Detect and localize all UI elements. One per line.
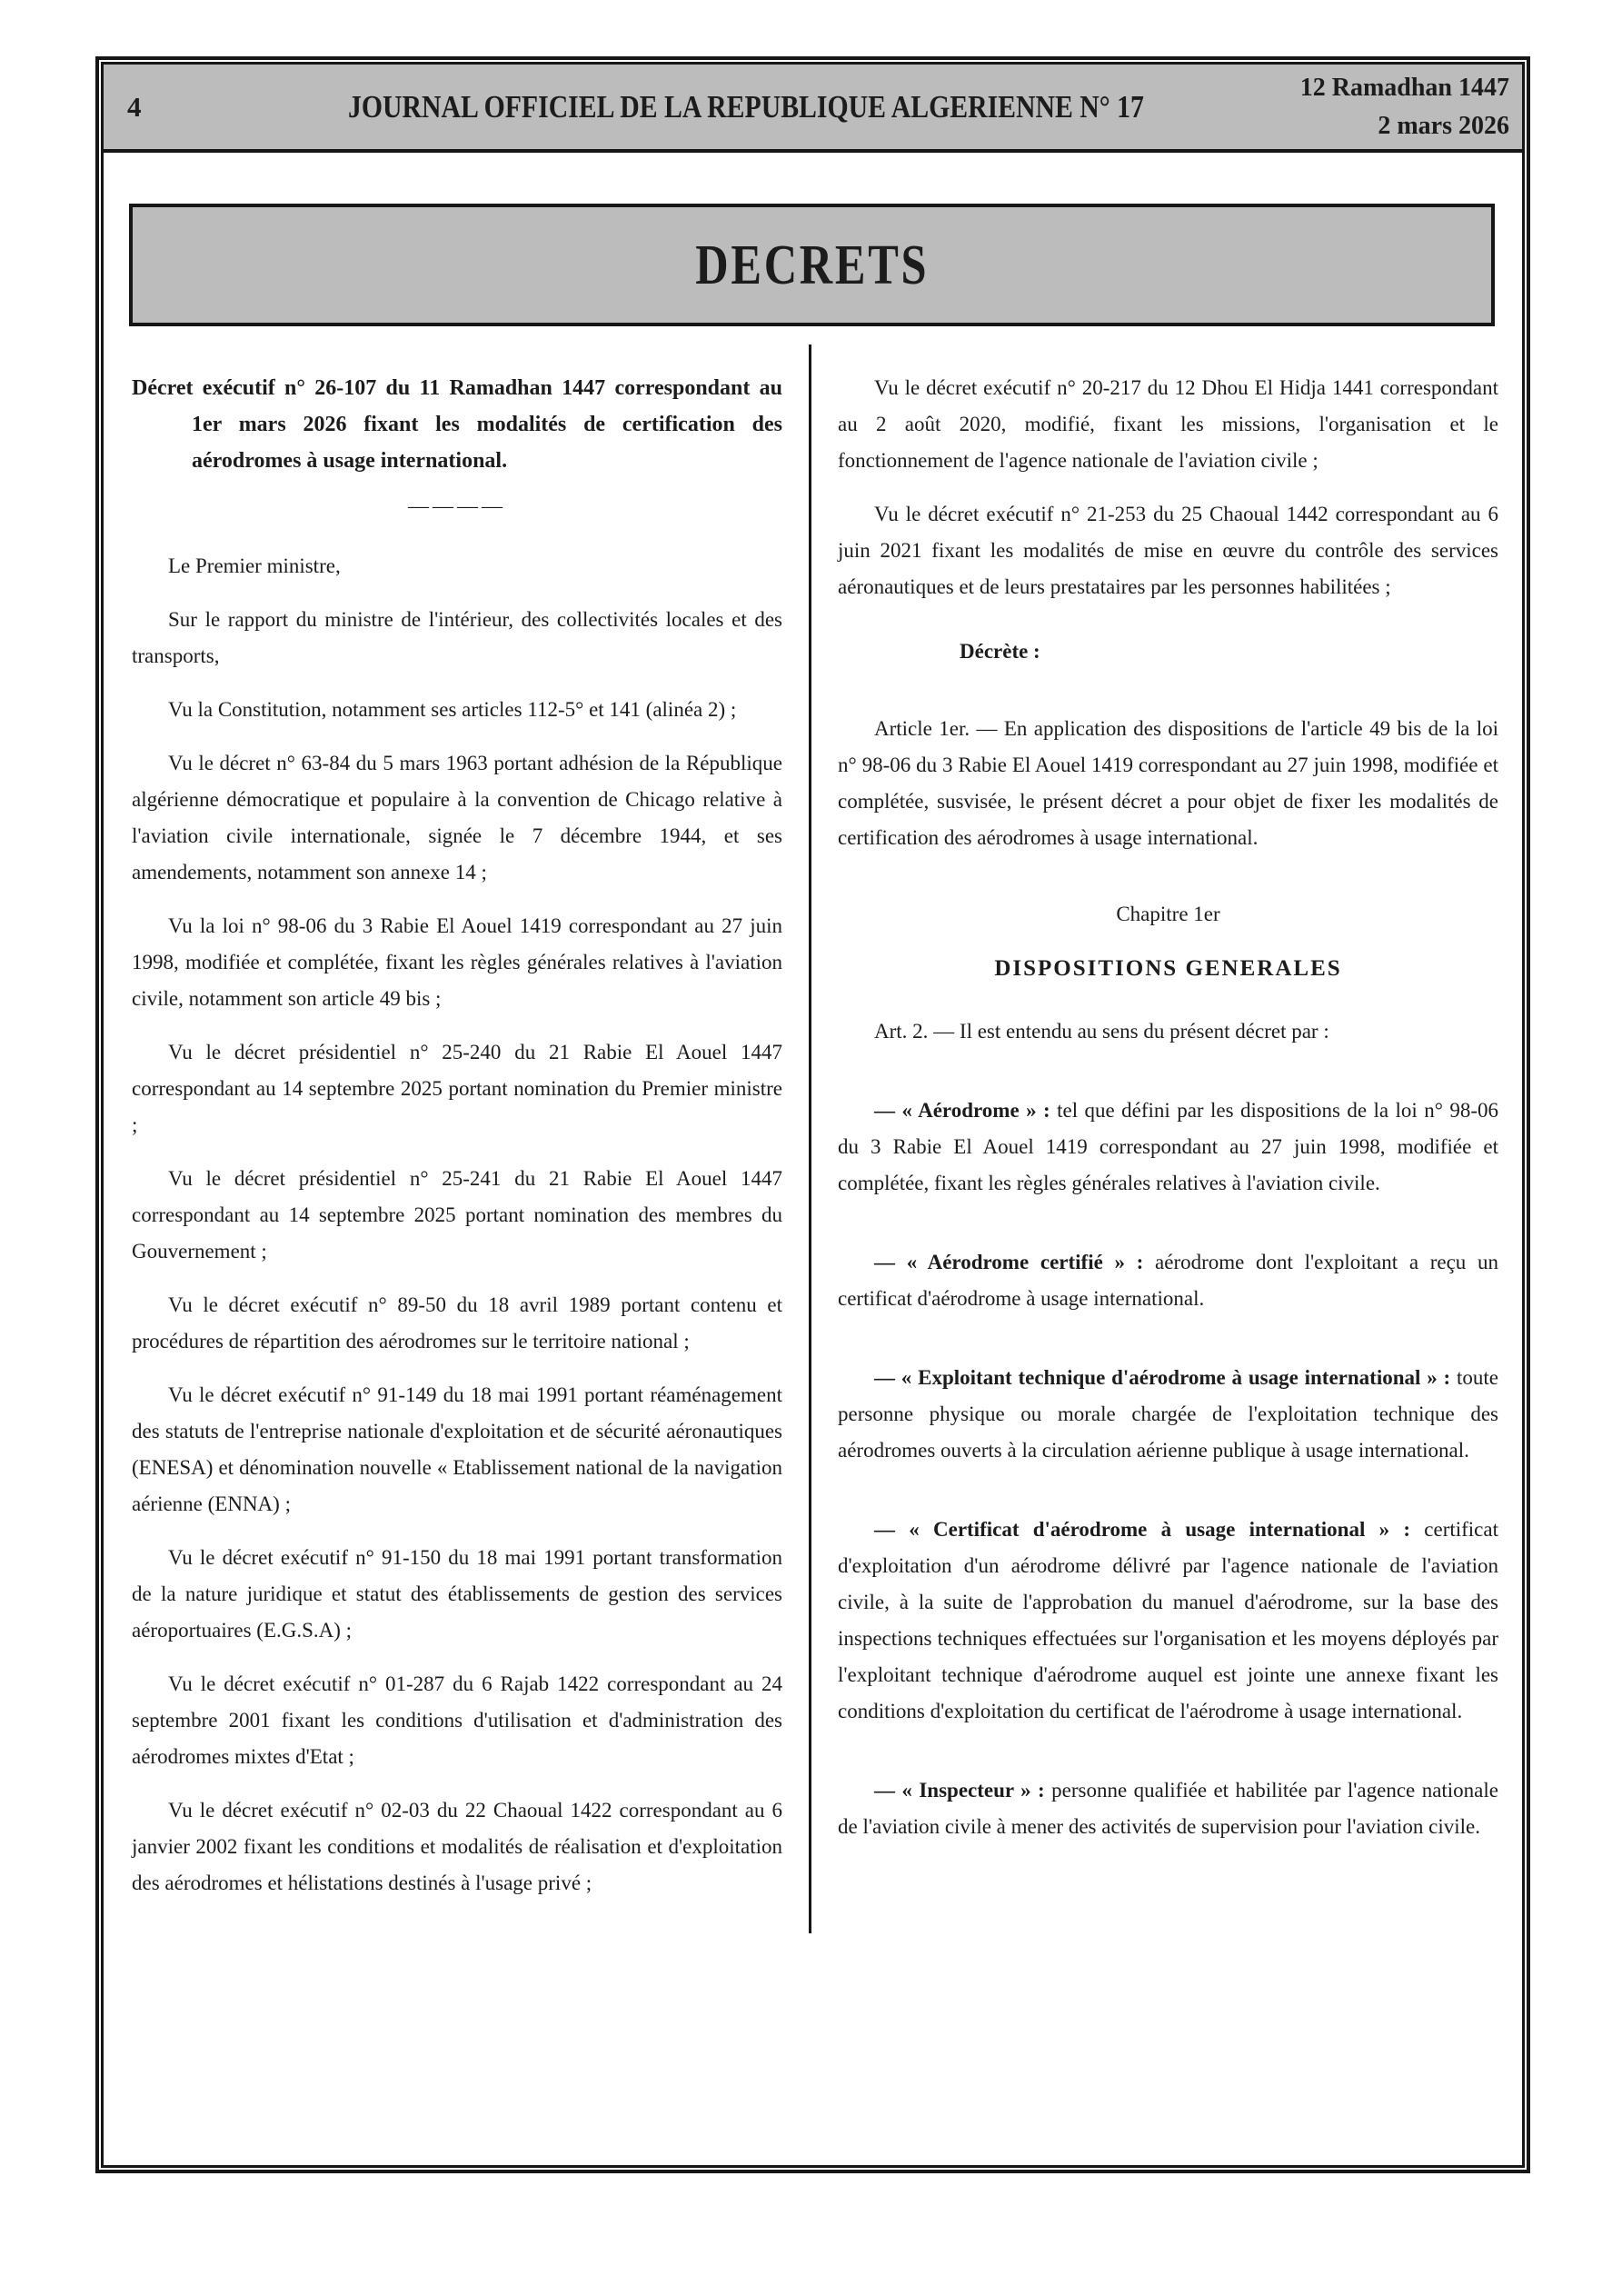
date-gregorian: 2 mars 2026 <box>1300 107 1509 145</box>
paragraph: Vu le décret n° 63-84 du 5 mars 1963 por… <box>132 745 782 891</box>
paragraph: Le Premier ministre, <box>132 548 782 584</box>
decrete-label: Décrète : <box>838 634 1498 670</box>
decrets-banner-title: DECRETS <box>695 233 929 298</box>
paragraph: Vu le décret exécutif n° 20-217 du 12 Dh… <box>838 370 1498 479</box>
issue-dates: 12 Ramadhan 1447 2 mars 2026 <box>1300 69 1509 145</box>
article-2-intro: Art. 2. — Il est entendu au sens du prés… <box>838 1013 1498 1050</box>
dash-separator: ———— <box>132 488 782 524</box>
left-column: Décret exécutif n° 26-107 du 11 Ramadhan… <box>132 370 782 1919</box>
decrets-banner: DECRETS <box>129 204 1495 326</box>
journal-page: 4 JOURNAL OFFICIEL DE LA REPUBLIQUE ALGE… <box>0 0 1622 2296</box>
definition-item: — « Aérodrome » : tel que défini par les… <box>838 1093 1498 1202</box>
article-1-paragraph: Article 1er. — En application des dispos… <box>838 711 1498 856</box>
paragraph: Vu le décret présidentiel n° 25-241 du 2… <box>132 1161 782 1270</box>
journal-title: JOURNAL OFFICIEL DE LA REPUBLIQUE ALGERI… <box>348 88 1144 125</box>
page-frame: 4 JOURNAL OFFICIEL DE LA REPUBLIQUE ALGE… <box>95 56 1530 2173</box>
definition-item: — « Aérodrome certifié » : aérodrome don… <box>838 1244 1498 1317</box>
paragraph: Vu le décret exécutif n° 91-149 du 18 ma… <box>132 1377 782 1522</box>
chapter-label: Chapitre 1er <box>838 896 1498 933</box>
definition-item: — « Inspecteur » : personne qualifiée et… <box>838 1772 1498 1845</box>
column-divider <box>809 344 811 1933</box>
definition-term: — « Aérodrome » : <box>874 1099 1050 1122</box>
definition-text: certificat d'exploitation d'un aérodrome… <box>838 1518 1498 1722</box>
paragraph: Vu le décret exécutif n° 01-287 du 6 Raj… <box>132 1666 782 1775</box>
paragraph: Vu le décret exécutif n° 89-50 du 18 avr… <box>132 1287 782 1360</box>
definition-item: — « Certificat d'aérodrome à usage inter… <box>838 1512 1498 1730</box>
right-column: Vu le décret exécutif n° 20-217 du 12 Dh… <box>838 370 1498 1919</box>
definition-term: — « Aérodrome certifié » : <box>874 1251 1143 1273</box>
paragraph: Vu la loi n° 98-06 du 3 Rabie El Aouel 1… <box>132 908 782 1017</box>
chapter-title: DISPOSITIONS GENERALES <box>838 951 1498 987</box>
masthead: 4 JOURNAL OFFICIEL DE LA REPUBLIQUE ALGE… <box>104 65 1522 153</box>
paragraph: Vu le décret exécutif n° 02-03 du 22 Cha… <box>132 1792 782 1902</box>
paragraph: Vu le décret exécutif n° 21-253 du 25 Ch… <box>838 496 1498 605</box>
page-number: 4 <box>127 91 193 124</box>
definition-term: — « Inspecteur » : <box>874 1779 1045 1802</box>
paragraph: Vu le décret présidentiel n° 25-240 du 2… <box>132 1034 782 1143</box>
definition-term: — « Exploitant technique d'aérodrome à u… <box>874 1366 1450 1389</box>
decree-heading: Décret exécutif n° 26-107 du 11 Ramadhan… <box>132 370 782 479</box>
journal-title-wrap: JOURNAL OFFICIEL DE LA REPUBLIQUE ALGERI… <box>193 90 1300 124</box>
page-frame-inner: 4 JOURNAL OFFICIEL DE LA REPUBLIQUE ALGE… <box>101 62 1525 2168</box>
body-columns: Décret exécutif n° 26-107 du 11 Ramadhan… <box>104 370 1522 1919</box>
paragraph: Sur le rapport du ministre de l'intérieu… <box>132 602 782 674</box>
paragraph: Vu le décret exécutif n° 91-150 du 18 ma… <box>132 1540 782 1649</box>
date-hijri: 12 Ramadhan 1447 <box>1300 69 1509 107</box>
definition-term: — « Certificat d'aérodrome à usage inter… <box>874 1518 1410 1541</box>
paragraph: Vu la Constitution, notamment ses articl… <box>132 692 782 728</box>
definition-item: — « Exploitant technique d'aérodrome à u… <box>838 1360 1498 1469</box>
